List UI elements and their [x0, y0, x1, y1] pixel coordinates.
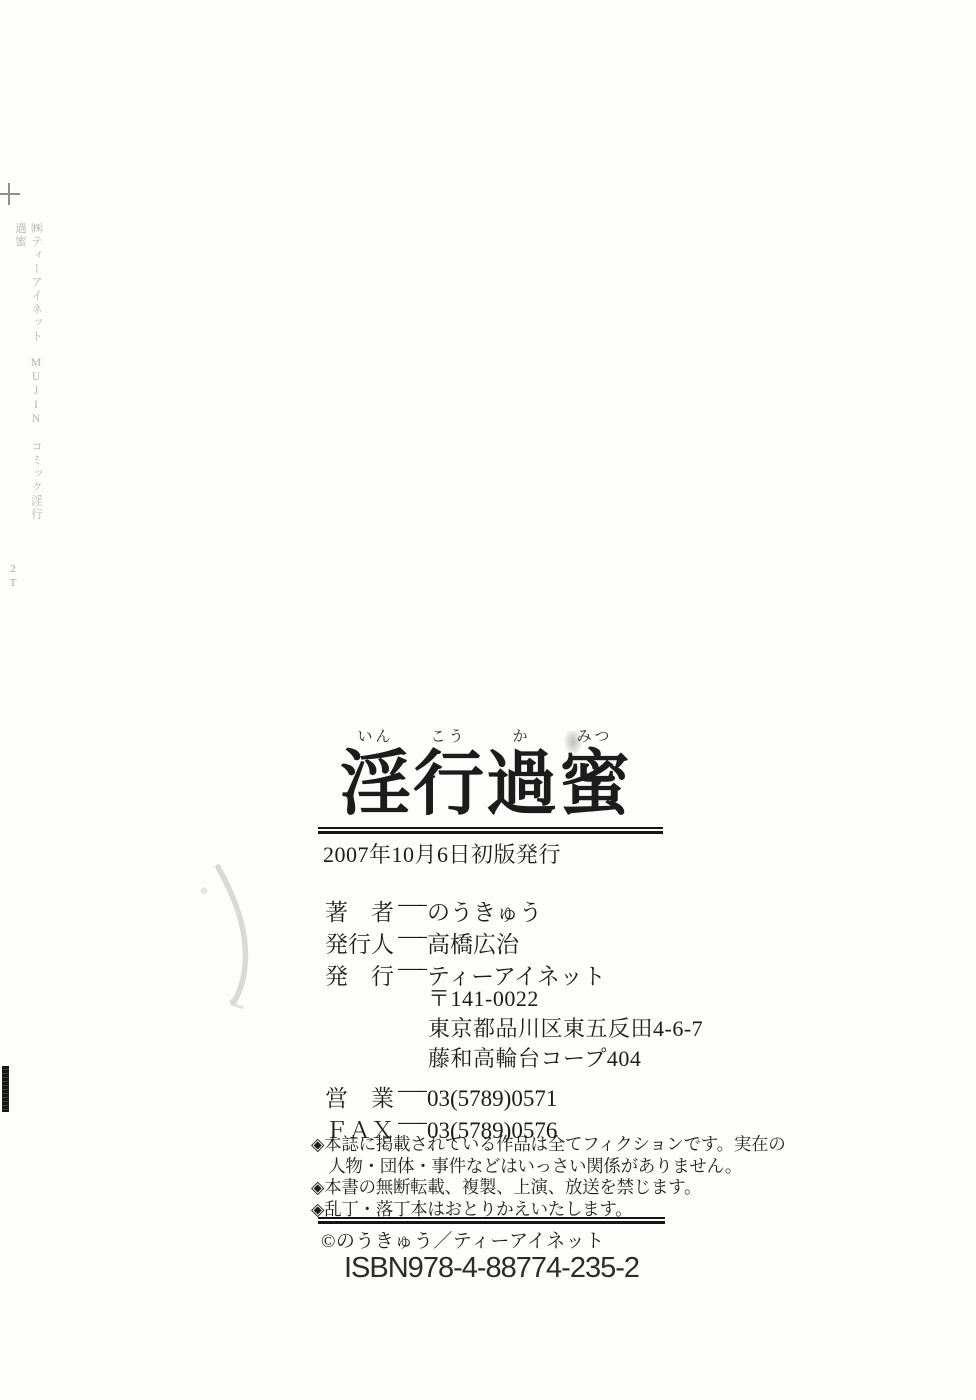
title-kanji: 蜜 — [558, 750, 631, 821]
copyright-line: ©のうきゅう／ティーアイネット — [321, 1226, 605, 1253]
title-kanji: 行 — [412, 750, 485, 821]
isbn-number: ISBN978-4-88774-235-2 — [318, 1252, 665, 1285]
row-label: 発 行 — [325, 961, 398, 993]
spine-registration-block — [2, 1066, 9, 1112]
spine-print-mark: 2T — [7, 563, 19, 591]
colophon-row-publisher: 発 行——ティーアイネット — [325, 952, 703, 984]
crop-mark-icon — [0, 183, 22, 205]
colophon-row-publisher-person: 発行人——高橋広治 — [325, 920, 703, 952]
row-separator: —— — [398, 920, 427, 952]
title-char: みつ 蜜 — [558, 724, 631, 821]
book-title: いん 淫 こう 行 か 過 みつ 蜜 — [339, 724, 631, 821]
colophon-section: 著 者——のうきゅう 発行人——高橋広治 発 行——ティーアイネット 〒141-… — [325, 888, 703, 1138]
title-char: か 過 — [485, 724, 558, 821]
colophon-page: ㈱ティーアイネット MUJIN コミック淫行過蜜 2T いん 淫 こう 行 か … — [0, 0, 976, 1400]
scan-crease-artifact — [195, 855, 265, 1015]
row-separator: —— — [398, 1074, 427, 1106]
notice-line: ◈本誌に掲載されている作品は全てフィクションです。実在の — [311, 1134, 785, 1156]
edition-date-line: 2007年10月6日初版発行 — [323, 838, 561, 869]
address-line-1: 東京都品川区東五反田4-6-7 — [428, 1014, 703, 1044]
notice-line: ◈本書の無断転載、複製、上演、放送を禁じます。 — [311, 1177, 785, 1199]
disclaimer-notices: ◈本誌に掲載されている作品は全てフィクションです。実在の 人物・団体・事件などは… — [311, 1134, 785, 1220]
publisher-address: 〒141-0022 東京都品川区東五反田4-6-7 藤和高輪台コープ404 — [325, 984, 703, 1074]
crop-mark-horizontal — [0, 193, 20, 195]
notice-line: 人物・団体・事件などはいっさい関係がありません。 — [311, 1156, 785, 1178]
colophon-row-sales-phone: 営 業——03(5789)0571 — [325, 1074, 703, 1106]
footer-rule — [318, 1217, 665, 1224]
title-rule — [318, 827, 663, 834]
row-separator: —— — [398, 952, 427, 984]
row-separator: —— — [398, 888, 427, 920]
spine-vertical-text: ㈱ティーアイネット MUJIN コミック淫行過蜜 — [12, 222, 44, 522]
title-kanji: 淫 — [339, 750, 412, 821]
address-line-2: 藤和高輪台コープ404 — [428, 1044, 703, 1074]
colophon-row-author: 著 者——のうきゅう — [325, 888, 703, 920]
title-char: こう 行 — [412, 724, 485, 821]
title-kanji: 過 — [485, 750, 558, 821]
crop-mark-vertical — [8, 183, 10, 205]
title-char: いん 淫 — [339, 724, 412, 821]
